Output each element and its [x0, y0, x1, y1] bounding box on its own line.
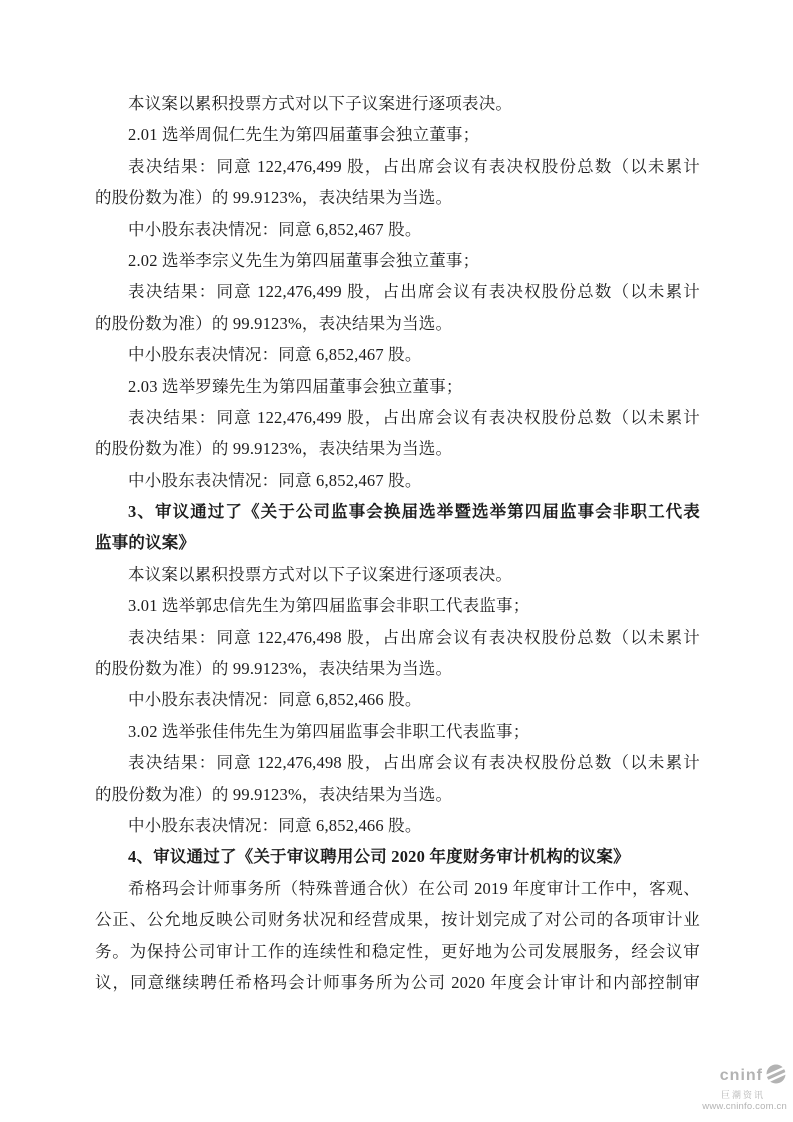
- cninfo-swirl-icon: [765, 1063, 787, 1090]
- text-line: 希格玛会计师事务所（特殊普通合伙）在公司 2019 年度审计工作中，客观、: [95, 873, 700, 904]
- text-line: 的股份数为准）的 99.9123%，表决结果为当选。: [95, 653, 700, 684]
- text-line: 表决结果：同意 122,476,499 股，占出席会议有表决权股份总数（以未累计: [95, 151, 700, 182]
- text-line: 的股份数为准）的 99.9123%，表决结果为当选。: [95, 433, 700, 464]
- text-line: 2.02 选举李宗义先生为第四届董事会独立董事；: [95, 245, 700, 276]
- text-line: 中小股东表决情况：同意 6,852,466 股。: [95, 684, 700, 715]
- heading-line: 4、审议通过了《关于审议聘用公司 2020 年度财务审计机构的议案》: [95, 841, 700, 872]
- text-line: 表决结果：同意 122,476,499 股，占出席会议有表决权股份总数（以未累计: [95, 276, 700, 307]
- heading-line: 监事的议案》: [95, 527, 700, 558]
- document-body: 本议案以累积投票方式对以下子议案进行逐项表决。2.01 选举周侃仁先生为第四届董…: [95, 88, 700, 998]
- text-line: 本议案以累积投票方式对以下子议案进行逐项表决。: [95, 559, 700, 590]
- text-line: 议，同意继续聘任希格玛会计师事务所为公司 2020 年度会计审计和内部控制审: [95, 967, 700, 998]
- watermark-url: www.cninfo.com.cn: [702, 1102, 787, 1112]
- text-line: 中小股东表决情况：同意 6,852,467 股。: [95, 214, 700, 245]
- text-line: 本议案以累积投票方式对以下子议案进行逐项表决。: [95, 88, 700, 119]
- heading-line: 3、审议通过了《关于公司监事会换届选举暨选举第四届监事会非职工代表: [95, 496, 700, 527]
- text-line: 中小股东表决情况：同意 6,852,467 股。: [95, 465, 700, 496]
- text-line: 2.03 选举罗臻先生为第四届董事会独立董事；: [95, 371, 700, 402]
- text-line: 3.01 选举郭忠信先生为第四届监事会非职工代表监事；: [95, 590, 700, 621]
- text-line: 中小股东表决情况：同意 6,852,466 股。: [95, 810, 700, 841]
- document-page: 本议案以累积投票方式对以下子议案进行逐项表决。2.01 选举周侃仁先生为第四届董…: [0, 0, 793, 1122]
- text-line: 务。为保持公司审计工作的连续性和稳定性，更好地为公司发展服务，经会议审: [95, 936, 700, 967]
- text-line: 表决结果：同意 122,476,499 股，占出席会议有表决权股份总数（以未累计: [95, 402, 700, 433]
- text-line: 表决结果：同意 122,476,498 股，占出席会议有表决权股份总数（以未累计: [95, 747, 700, 778]
- watermark-logo-row: cninf: [702, 1063, 787, 1090]
- text-line: 的股份数为准）的 99.9123%，表决结果为当选。: [95, 779, 700, 810]
- text-line: 的股份数为准）的 99.9123%，表决结果为当选。: [95, 182, 700, 213]
- text-line: 公正、公允地反映公司财务状况和经营成果，按计划完成了对公司的各项审计业: [95, 904, 700, 935]
- text-line: 2.01 选举周侃仁先生为第四届董事会独立董事；: [95, 119, 700, 150]
- text-line: 表决结果：同意 122,476,498 股，占出席会议有表决权股份总数（以未累计: [95, 622, 700, 653]
- text-line: 的股份数为准）的 99.9123%，表决结果为当选。: [95, 308, 700, 339]
- cninfo-watermark: cninf 巨潮资讯 www.cninfo.com.cn: [702, 1063, 787, 1112]
- text-line: 中小股东表决情况：同意 6,852,467 股。: [95, 339, 700, 370]
- watermark-chinese-name: 巨潮资讯: [702, 1091, 765, 1100]
- text-line: 3.02 选举张佳伟先生为第四届监事会非职工代表监事；: [95, 716, 700, 747]
- watermark-brand-text: cninf: [720, 1068, 763, 1085]
